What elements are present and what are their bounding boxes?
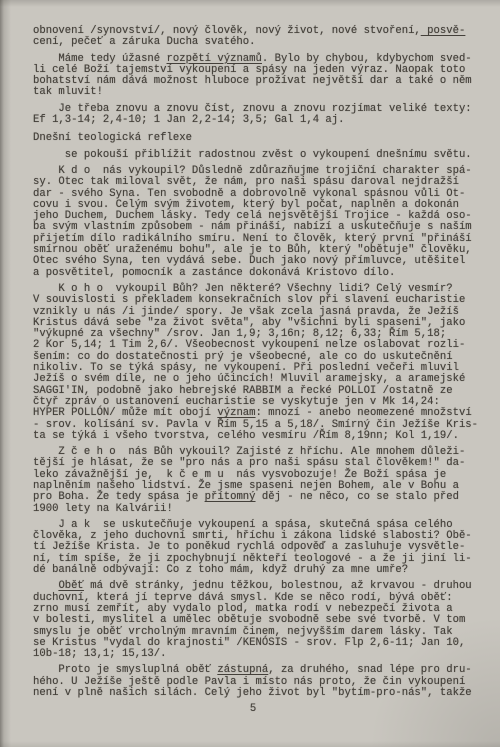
paragraph: Máme tedy úžasné rozpětí významů. Bylo b…	[33, 54, 487, 99]
text-line: dé banálně odbývají: Co z toho mám, když…	[33, 565, 487, 576]
text-run: hého. U Ježíše ještě podle Pavla i místo…	[33, 676, 465, 688]
underlined-term: rozpětí významů	[167, 53, 262, 65]
text-run: tější je hlásat, že se "pro nás a pro na…	[33, 457, 465, 469]
text-run: přijetím dílo radikálního smíru. Není to…	[33, 233, 472, 245]
text-run: tí Ježíše Krista. Je to poněkud rychlá o…	[33, 541, 465, 553]
text-run: ta se týká i všeho tvorstva, celého vesm…	[33, 430, 459, 442]
text-run: Otec svého Syna, ten vydává sebe. Duch j…	[33, 255, 465, 267]
text-line: 10b-18; 13,1; 15,13/.	[33, 649, 487, 660]
text-run: ní, tím spíše, že ji zpochybnují někteří…	[33, 553, 472, 565]
text-line: ta se týká i všeho tvorstva, celého vesm…	[33, 431, 487, 442]
paragraph: Z č e h o nás Bůh vykouil? Zajisté z hří…	[33, 447, 487, 515]
text-run: vznikly u nás /i jinde/ spory. Je však z…	[33, 306, 459, 318]
text-run: dar - svého Syna. Ten svobodně a dobrovo…	[33, 188, 465, 200]
text-run	[33, 580, 58, 592]
text-run: cení, pečeť a záruka Ducha svatého.	[33, 36, 256, 48]
paragraph: K o h o vykoupil Bůh? Jen některé? Všech…	[33, 284, 487, 442]
underlined-term: zástupná	[217, 664, 268, 676]
text-run: smyslu je oběť vrcholným mravním činem, …	[33, 626, 453, 638]
text-line: Ef 1,3-14; 2,4-10; 1 Jan 2,2-14; 3,5; Ga…	[33, 115, 487, 126]
text-run: sy. Otec tak miloval svět, že nám, pro n…	[33, 176, 459, 188]
paragraph: J a k se uskutečňuje vykoupení a spása, …	[33, 520, 487, 576]
paragraph: Oběť má dvě stránky, jednu těžkou, boles…	[33, 581, 487, 660]
text-run: děj - ne něco, co se stalo před	[256, 491, 459, 503]
underlined-term: přítomný	[205, 491, 256, 503]
text-run: má dvě stránky, jednu těžkou, bolestnou,…	[84, 580, 472, 592]
text-run: SAGGI'IN, podobně jako hebrejské RABBIM …	[33, 385, 453, 397]
underlined-term: Oběť	[58, 580, 83, 592]
text-line: cení, pečeť a záruka Ducha svatého.	[33, 37, 487, 48]
text-run: tak mluvit!	[33, 86, 103, 98]
text-run: ba svým vlastním způsobem - nám přináší,…	[33, 221, 472, 233]
text-run: Ježíš o svém díle, ne o jeho účincích! M…	[33, 373, 465, 385]
text-run: V souvislosti s překladem konsekračních …	[33, 294, 465, 306]
underlined-term: posvě-	[421, 25, 466, 37]
text-run: pro Boha. Že tedy spása je	[33, 491, 205, 503]
text-run: Ef 1,3-14; 2,4-10; 1 Jan 2,2-14; 3,5; Ga…	[33, 114, 345, 126]
text-run: 1900 lety na Kalvárii!	[33, 503, 173, 515]
text-run: duchovní, která jí teprve dává smysl. Kd…	[33, 592, 453, 604]
text-run: Je třeba znovu a znovu číst, znovu a zno…	[33, 103, 472, 115]
text-run: - srov. kolísání sv. Pavla v Řím 5,15 a …	[33, 419, 478, 431]
section-heading: Dnešní teologická reflexe	[33, 133, 487, 144]
text-run: 2 Kor 5,14; 1 Tim 2,6/. Všeobecnost vyko…	[33, 339, 465, 351]
typewritten-page: obnovení /synovství/, nový člověk, nový …	[33, 26, 487, 716]
text-run: Máme tedy úžasné	[33, 53, 167, 65]
paragraph: obnovení /synovství/, nový člověk, nový …	[33, 26, 487, 49]
text-line: se pokouší přiblížit radostnou zvěst o v…	[33, 150, 487, 161]
text-line: 1900 lety na Kalvárii!	[33, 504, 487, 515]
text-run: leko závažnější je, k č e m u nás vysvob…	[33, 469, 446, 481]
underlined-term: význam	[217, 407, 255, 419]
text-line: není v plně našich silách. Celý jeho živ…	[33, 688, 487, 699]
text-run: dé banálně odbývají: Co z toho mám, když…	[33, 564, 408, 576]
text-run: . Bylo by chybou, kdybychom sved-	[262, 53, 472, 65]
text-run: Proto je smysluplná oběť	[33, 664, 217, 676]
page-number: 5	[33, 704, 473, 715]
text-line: a posvětitel, pomocník a zastánce dokoná…	[33, 268, 487, 279]
text-run: : mnozí - anebo neomezené množství	[256, 407, 472, 419]
text-run: 10b-18; 13,1; 15,13/.	[33, 648, 167, 660]
text-run: není v plně našich silách. Celý jeho živ…	[33, 687, 472, 699]
text-run: Dnešní teologická reflexe	[33, 132, 192, 144]
text-line: tak mluvit!	[33, 87, 487, 98]
text-run: a posvětitel, pomocník a zastánce dokoná…	[33, 267, 395, 279]
text-line: Dnešní teologická reflexe	[33, 133, 487, 144]
text-run: , za druhého, snad lépe pro dru-	[268, 664, 471, 676]
paragraph: K d o nás vykoupil? Důsledně zdůrazňujme…	[33, 166, 487, 279]
paragraph: Proto je smysluplná oběť zástupná, za dr…	[33, 665, 487, 699]
paragraph: se pokouší přiblížit radostnou zvěst o v…	[33, 150, 487, 161]
paragraph: Je třeba znovu a znovu číst, znovu a zno…	[33, 104, 487, 127]
text-run: se pokouší přiblížit radostnou zvěst o v…	[33, 149, 472, 161]
text-run: v bolesti, myslitel a umělec obětuje svo…	[33, 614, 465, 626]
text-run: šením: co do dostatečnosti prý je všeobe…	[33, 351, 453, 363]
text-run: HYPER POLLÓN/ může mít obojí	[33, 407, 217, 419]
